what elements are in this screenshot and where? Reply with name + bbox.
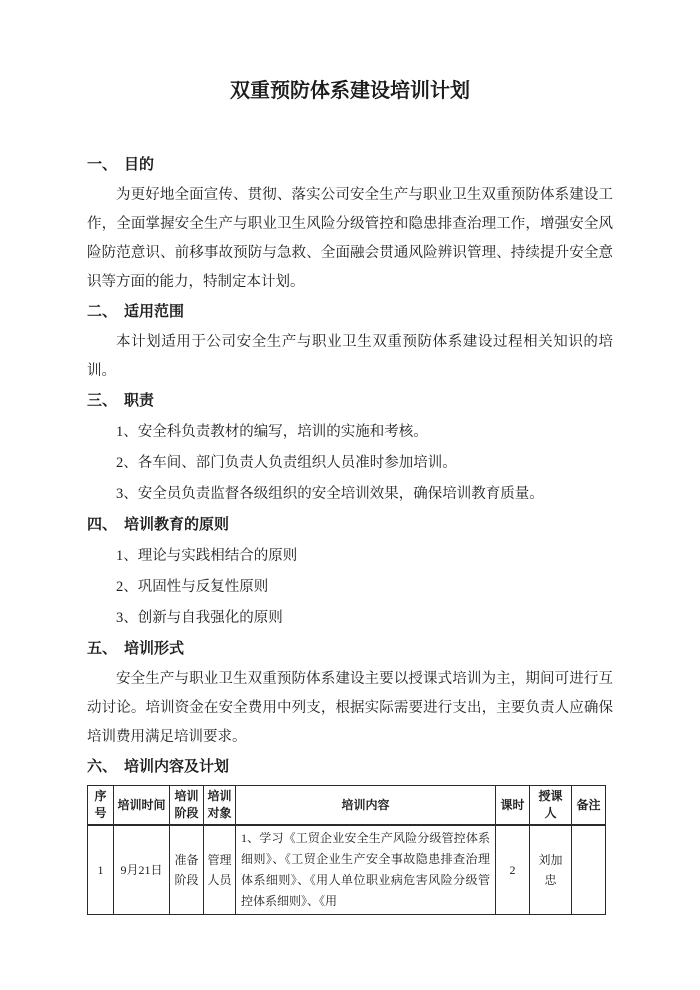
table-row: 1 9月21日 准备阶段 管理人员 1、学习《工贸企业安全生产风险分级管控体系细…: [88, 825, 606, 915]
paragraph-purpose: 为更好地全面宣传、贯彻、落实公司安全生产与职业卫生双重预防体系建设工作，全面掌握…: [87, 181, 613, 297]
cell-content: 1、学习《工贸企业安全生产风险分级管控体系细则》、《工贸企业生产安全事故隐患排查…: [236, 825, 496, 915]
header-cell-remark: 备注: [572, 786, 606, 826]
cell-stage: 准备阶段: [170, 825, 204, 915]
document-title: 双重预防体系建设培训计划: [87, 76, 613, 106]
cell-remark: [572, 825, 606, 915]
training-plan-table: 序号 培训时间 培训阶段 培训对象 培训内容 课时 授课人 备注 1 9月21日…: [87, 785, 606, 915]
section-heading-training-plan: 六、培训内容及计划: [87, 752, 613, 783]
paragraph-scope: 本计划适用于公司安全生产与职业卫生双重预防体系建设过程相关知识的培训。: [87, 328, 613, 386]
section-title: 培训形式: [124, 641, 184, 657]
section-heading-purpose: 一、目的: [87, 150, 613, 181]
section-heading-training-form: 五、培训形式: [87, 634, 613, 665]
list-item: 3、安全员负责监督各级组织的安全培训效果，确保培训教育质量。: [87, 479, 613, 510]
section-number: 三、: [87, 393, 117, 409]
paragraph-training-form: 安全生产与职业卫生双重预防体系建设主要以授课式培训为主，期间可进行互动讨论。培训…: [87, 665, 613, 752]
list-item: 1、理论与实践相结合的原则: [87, 541, 613, 572]
section-number: 一、: [87, 157, 117, 173]
cell-hours: 2: [496, 825, 530, 915]
section-heading-scope: 二、适用范围: [87, 297, 613, 328]
list-item: 1、安全科负责教材的编写，培训的实施和考核。: [87, 417, 613, 448]
header-cell-hours: 课时: [496, 786, 530, 826]
cell-lecturer: 刘加忠: [530, 825, 572, 915]
cell-index: 1: [88, 825, 114, 915]
header-cell-content: 培训内容: [236, 786, 496, 826]
section-number: 五、: [87, 641, 117, 657]
section-heading-principles: 四、培训教育的原则: [87, 510, 613, 541]
header-cell-audience: 培训对象: [204, 786, 236, 826]
section-number: 二、: [87, 304, 117, 320]
section-title: 适用范围: [124, 304, 184, 320]
section-title: 职责: [124, 393, 154, 409]
cell-time: 9月21日: [114, 825, 170, 915]
section-title: 目的: [124, 157, 154, 173]
header-cell-stage: 培训阶段: [170, 786, 204, 826]
list-item: 2、各车间、部门负责人负责组织人员准时参加培训。: [87, 448, 613, 479]
list-item: 2、巩固性与反复性原则: [87, 572, 613, 603]
table-header-row: 序号 培训时间 培训阶段 培训对象 培训内容 课时 授课人 备注: [88, 786, 606, 826]
header-cell-time: 培训时间: [114, 786, 170, 826]
document-page: 双重预防体系建设培训计划 一、目的 为更好地全面宣传、贯彻、落实公司安全生产与职…: [0, 0, 700, 990]
section-number: 六、: [87, 759, 117, 775]
section-title: 培训教育的原则: [124, 517, 229, 533]
section-title: 培训内容及计划: [124, 759, 229, 775]
header-cell-lecturer: 授课人: [530, 786, 572, 826]
cell-audience: 管理人员: [204, 825, 236, 915]
list-item: 3、创新与自我强化的原则: [87, 603, 613, 634]
header-cell-index: 序号: [88, 786, 114, 826]
section-number: 四、: [87, 517, 117, 533]
section-heading-responsibilities: 三、职责: [87, 386, 613, 417]
